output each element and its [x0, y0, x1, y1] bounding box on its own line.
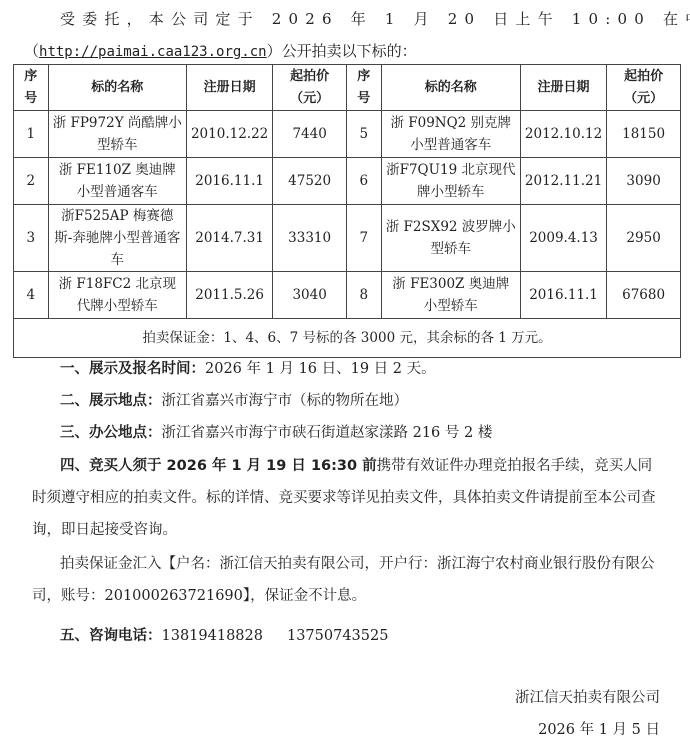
lot-date: 2016.11.1 — [520, 272, 606, 319]
lot-seq: 8 — [347, 272, 382, 319]
header-date-left: 注册日期 — [186, 65, 272, 111]
section-4-label: 四、竞买人须于 2026 年 1 月 19 日 16:30 前 — [60, 458, 377, 474]
section-5-label: 五、咨询电话： — [60, 628, 162, 644]
section-1-text: 2026 年 1 月 16 日、19 日 2 天。 — [205, 361, 436, 377]
lot-price: 3090 — [607, 158, 681, 205]
lot-seq: 5 — [347, 111, 382, 158]
header-name-left: 标的名称 — [48, 65, 186, 111]
table-row: 1 浙 FP972Y 尚酷牌小型轿车 2010.12.22 7440 5 浙 F… — [14, 111, 681, 158]
lot-name: 浙 F2SX92 波罗牌小型轿车 — [381, 205, 520, 272]
header-name-right: 标的名称 — [381, 65, 520, 111]
platform-link[interactable]: http://paimai.caa123.org.cn — [39, 44, 267, 60]
lot-date: 2009.4.13 — [520, 205, 606, 272]
lot-date: 2016.11.1 — [186, 158, 272, 205]
lot-price: 18150 — [607, 111, 681, 158]
header-seq-right: 序号 — [347, 65, 382, 111]
table-row: 3 浙F525AP 梅赛德斯-奔驰牌小型普通客车 2014.7.31 33310… — [14, 205, 681, 272]
paren-open: （ — [24, 42, 39, 60]
table-row: 4 浙 F18FC2 北京现代牌小型轿车 2011.5.26 3040 8 浙 … — [14, 272, 681, 319]
lot-seq: 1 — [14, 111, 49, 158]
header-price-right: 起拍价（元） — [607, 65, 681, 111]
section-3: 三、办公地点：浙江省嘉兴市海宁市硖石街道赵家漾路 216 号 2 楼 — [60, 421, 492, 442]
section-1: 一、展示及报名时间：2026 年 1 月 16 日、19 日 2 天。 — [60, 357, 436, 378]
lot-name: 浙F525AP 梅赛德斯-奔驰牌小型普通客车 — [48, 205, 186, 272]
lot-price: 33310 — [273, 205, 347, 272]
lot-date: 2012.11.21 — [520, 158, 606, 205]
lot-seq: 6 — [347, 158, 382, 205]
lot-date: 2010.12.22 — [186, 111, 272, 158]
header-seq-left: 序号 — [14, 65, 49, 111]
table-footer-row: 拍卖保证金：1、4、6、7 号标的各 3000 元，其余标的各 1 万元。 — [14, 319, 681, 358]
section-4: 四、竞买人须于 2026 年 1 月 19 日 16:30 前携带有效证件办理竞… — [32, 450, 662, 546]
section-5: 五、咨询电话：1381941882813750743525 — [60, 624, 388, 645]
phone-1: 13819418828 — [162, 628, 263, 644]
lot-seq: 7 — [347, 205, 382, 272]
deposit-text: 拍卖保证金汇入【户名：浙江信天拍卖有限公司，开户行：浙江海宁农村商业银行股份有限… — [32, 556, 655, 604]
lot-price: 47520 — [273, 158, 347, 205]
lot-seq: 3 — [14, 205, 49, 272]
lot-date: 2011.5.26 — [186, 272, 272, 319]
intro-line-2: （http://paimai.caa123.org.cn）公开拍卖以下标的： — [24, 40, 417, 61]
signature-company: 浙江信天拍卖有限公司 — [515, 686, 660, 707]
lot-name: 浙 FP972Y 尚酷牌小型轿车 — [48, 111, 186, 158]
table-header-row: 序号 标的名称 注册日期 起拍价（元） 序号 标的名称 注册日期 起拍价（元） — [14, 65, 681, 111]
lot-seq: 2 — [14, 158, 49, 205]
lot-name: 浙 FE110Z 奥迪牌小型普通客车 — [48, 158, 186, 205]
lot-date: 2012.10.12 — [520, 111, 606, 158]
section-1-label: 一、展示及报名时间： — [60, 361, 205, 377]
table-row: 2 浙 FE110Z 奥迪牌小型普通客车 2016.11.1 47520 6 浙… — [14, 158, 681, 205]
lot-name: 浙F7QU19 北京现代牌小型轿车 — [381, 158, 520, 205]
lot-name: 浙 F09NQ2 别克牌小型普通客车 — [381, 111, 520, 158]
lot-name: 浙 FE300Z 奥迪牌小型轿车 — [381, 272, 520, 319]
deposit-note: 拍卖保证金：1、4、6、7 号标的各 3000 元，其余标的各 1 万元。 — [14, 319, 681, 358]
deposit-paragraph: 拍卖保证金汇入【户名：浙江信天拍卖有限公司，开户行：浙江海宁农村商业银行股份有限… — [32, 548, 662, 612]
signature-date: 2026 年 1 月 5 日 — [538, 718, 660, 739]
auction-lots-table: 序号 标的名称 注册日期 起拍价（元） 序号 标的名称 注册日期 起拍价（元） … — [13, 64, 681, 358]
intro-line-2-rest: ）公开拍卖以下标的： — [267, 42, 417, 60]
lot-seq: 4 — [14, 272, 49, 319]
section-3-text: 浙江省嘉兴市海宁市硖石街道赵家漾路 216 号 2 楼 — [162, 425, 493, 441]
lot-price: 7440 — [273, 111, 347, 158]
intro-line-1: 受委托，本公司定于 2026 年 1 月 20 日上午 10:00 在中拍平台 — [60, 8, 690, 29]
lot-price: 2950 — [607, 205, 681, 272]
lot-name: 浙 F18FC2 北京现代牌小型轿车 — [48, 272, 186, 319]
header-date-right: 注册日期 — [520, 65, 606, 111]
section-2-text: 浙江省嘉兴市海宁市（标的物所在地） — [162, 393, 409, 409]
section-2-label: 二、展示地点： — [60, 393, 162, 409]
lot-price: 67680 — [607, 272, 681, 319]
lot-date: 2014.7.31 — [186, 205, 272, 272]
section-2: 二、展示地点：浙江省嘉兴市海宁市（标的物所在地） — [60, 389, 408, 410]
header-price-left: 起拍价（元） — [273, 65, 347, 111]
phone-2: 13750743525 — [287, 628, 388, 644]
section-3-label: 三、办公地点： — [60, 425, 162, 441]
lot-price: 3040 — [273, 272, 347, 319]
